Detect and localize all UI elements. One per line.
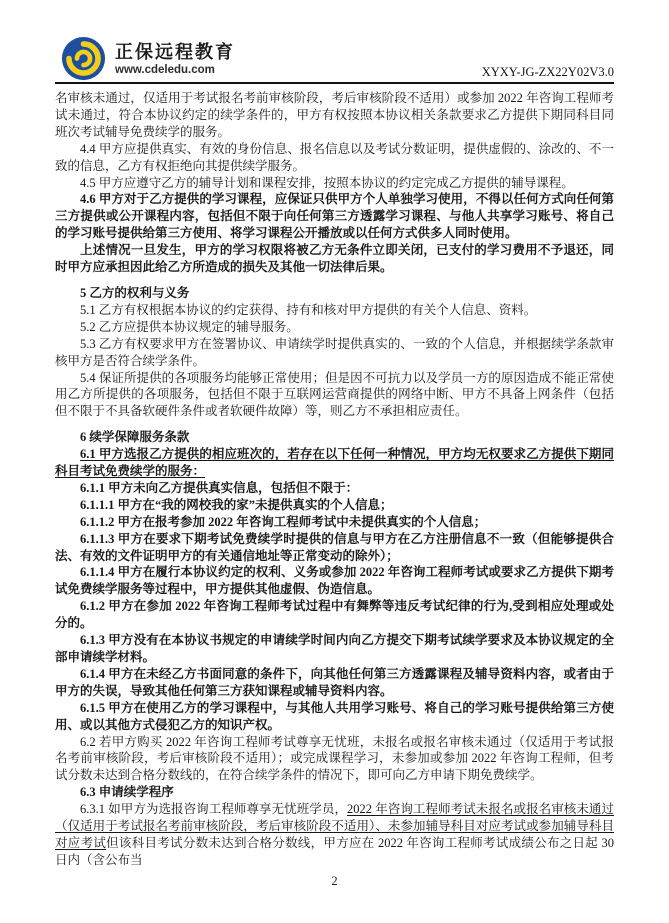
document-body: 名审核未通过，仅适用于考试报名考前审核阶段，考后审核阶段不适用）或参加 2022… bbox=[55, 90, 614, 869]
clause-6-1-1-2: 6.1.1.2 甲方在报考参加 2022 年咨询工程师考试中未提供真实的个人信息… bbox=[55, 514, 614, 531]
clause-6-2: 6.2 若甲方购买 2022 年咨询工程师考试尊享无忧班，未报名或报名审核未通过… bbox=[55, 734, 614, 785]
brand-text: 正保远程教育 www.cdeledu.com bbox=[115, 41, 235, 77]
section-5-heading: 5 乙方的权利与义务 bbox=[55, 285, 614, 302]
clause-6-1-1-1: 6.1.1.1 甲方在“我的网校我的家”未提供真实的个人信息； bbox=[55, 497, 614, 514]
clause-6-1-1-3: 6.1.1.3 甲方在要求下期考试免费续学时提供的信息与甲方在乙方注册信息不一致… bbox=[55, 531, 614, 565]
clause-6-1-1: 6.1.1 甲方未向乙方提供真实信息，包括但不限于： bbox=[55, 480, 614, 497]
clause-4-5: 4.5 甲方应遵守乙方的辅导计划和课程安排，按照本协议的约定完成乙方提供的辅导课… bbox=[55, 175, 614, 192]
document-header: 正保远程教育 www.cdeledu.com XYXY-JG-ZX22Y02V3… bbox=[61, 36, 614, 81]
clause-5-4: 5.4 保证所提供的各项服务均能够正常使用；但是因不可抗力以及学员一方的原因造成… bbox=[55, 370, 614, 421]
clause-6-3-heading: 6.3 申请续学程序 bbox=[55, 784, 614, 801]
clause-6-1-1-4: 6.1.1.4 甲方在履行本协议约定的权利、义务或参加 2022 年咨询工程师考… bbox=[55, 564, 614, 598]
clause-5-1: 5.1 乙方有权根据本协议的约定获得、持有和核对甲方提供的有关个人信息、资料。 bbox=[55, 302, 614, 319]
document-footer: 2 bbox=[55, 874, 614, 889]
clause-5-3: 5.3 乙方有权要求甲方在签署协议、申请续学时提供真实的、一致的个人信息，并根据… bbox=[55, 336, 614, 370]
clause-6-1-3: 6.1.3 甲方没有在本协议书规定的申请续学时间内向乙方提交下期考试续学要求及本… bbox=[55, 632, 614, 666]
clause-6-3-1-tail: 但该科目考试分数未达到合格分数线，甲方应在 2022 年咨询工程师考试成绩公布之… bbox=[55, 836, 614, 867]
clause-6-1-4: 6.1.4 甲方在未经乙方书面同意的条件下，向其他任何第三方透露课程及辅导资料内… bbox=[55, 666, 614, 700]
brand-name: 正保远程教育 bbox=[115, 41, 235, 63]
section-6-heading: 6 续学保障服务条款 bbox=[55, 429, 614, 446]
document-code: XYXY-JG-ZX22Y02V3.0 bbox=[482, 65, 614, 81]
page-number: 2 bbox=[55, 874, 614, 889]
clause-6-3-1: 6.3.1 如甲方为选报咨询工程师尊享无忧班学员，2022 年咨询工程师考试未报… bbox=[55, 801, 614, 869]
clause-continuation: 名审核未通过，仅适用于考试报名考前审核阶段，考后审核阶段不适用）或参加 2022… bbox=[55, 90, 614, 141]
clause-5-2: 5.2 乙方应提供本协议规定的辅导服务。 bbox=[55, 319, 614, 336]
header-divider bbox=[55, 82, 614, 84]
brand-logo-icon bbox=[61, 36, 106, 81]
clause-4-6: 4.6 甲方对于乙方提供的学习课程，应保证只供甲方个人单独学习使用，不得以任何方… bbox=[55, 191, 614, 242]
clause-4-4: 4.4 甲方应提供真实、有效的身份信息、报名信息以及考试分数证明，提供虚假的、涂… bbox=[55, 141, 614, 175]
brand-url: www.cdeledu.com bbox=[115, 63, 235, 77]
clause-4-6-consequence: 上述情况一旦发生，甲方的学习权限将被乙方无条件立即关闭，已支付的学习费用不予退还… bbox=[55, 242, 614, 276]
clause-6-1-5: 6.1.5 甲方在使用乙方的学习课程中，与其他人共用学习账号、将自己的学习账号提… bbox=[55, 700, 614, 734]
clause-6-3-1-lead: 6.3.1 如甲方为选报咨询工程师尊享无忧班学员， bbox=[80, 802, 347, 816]
clause-6-1-2: 6.1.2 甲方在参加 2022 年咨询工程师考试过程中有舞弊等违反考试纪律的行… bbox=[55, 598, 614, 632]
document-page: 正保远程教育 www.cdeledu.com XYXY-JG-ZX22Y02V3… bbox=[0, 0, 669, 923]
clause-6-1: 6.1 甲方选报乙方提供的相应班次的，若存在以下任何一种情况，甲方均无权要求乙方… bbox=[55, 446, 614, 480]
brand: 正保远程教育 www.cdeledu.com bbox=[61, 36, 235, 81]
